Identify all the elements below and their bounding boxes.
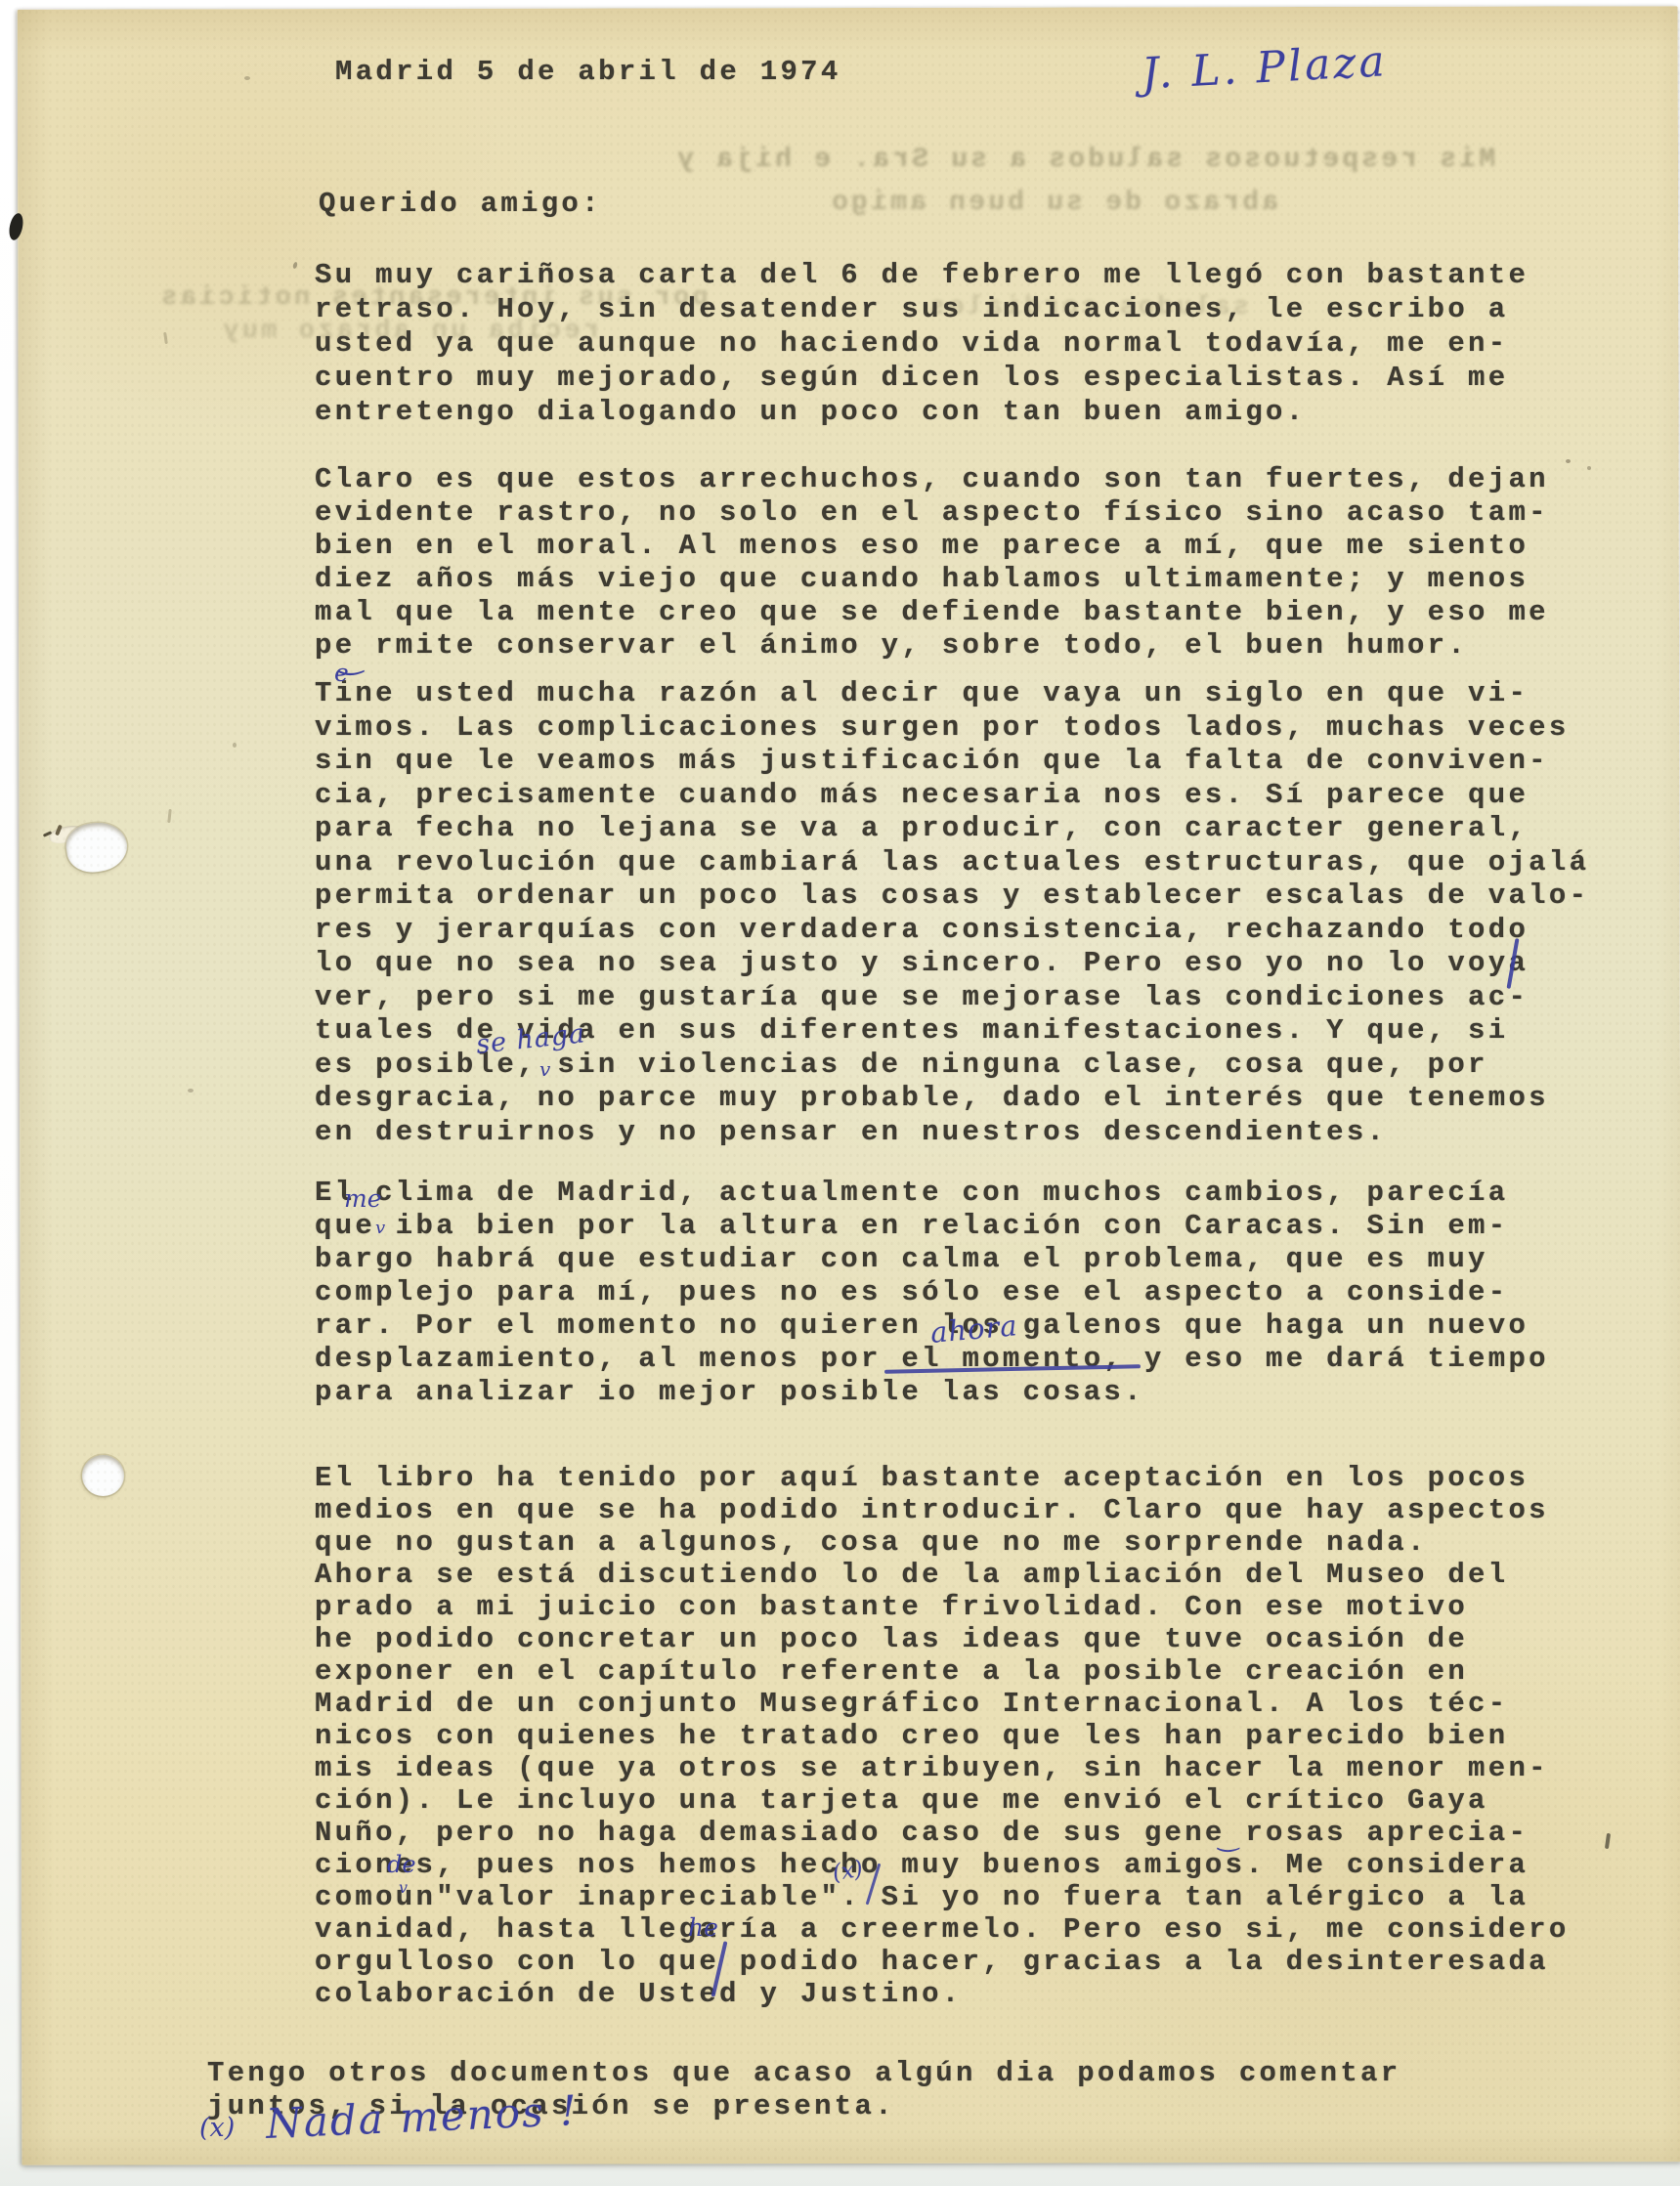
paragraph-4: El clima de Madrid, actualmente con much… bbox=[315, 1177, 1549, 1409]
insertion-caret: v bbox=[539, 1059, 550, 1079]
handwritten-signature: J. L. Plaza bbox=[1141, 40, 1389, 96]
insertion-caret: v bbox=[375, 1220, 385, 1237]
date-line: Madrid 5 de abril de 1974 bbox=[335, 55, 841, 89]
handwritten-insertion-me: me bbox=[344, 1186, 382, 1211]
salutation: Querido amigo: bbox=[319, 187, 602, 221]
handwritten-insertion-he: he bbox=[688, 1915, 718, 1940]
paragraph-3: Tine usted mucha razón al decir que vaya… bbox=[315, 677, 1589, 1149]
handwritten-join-mark: ‿ bbox=[340, 645, 364, 674]
paragraph-1: Su muy cariñosa carta del 6 de febrero m… bbox=[315, 258, 1529, 429]
handwritten-footnote-reference: (x) bbox=[831, 1859, 864, 1886]
scanned-letter-page: Mis respetuosos saludos a su Sra. e hija… bbox=[0, 0, 1680, 2186]
insertion-caret: v bbox=[399, 1880, 408, 1896]
paragraph-2: Claro es que estos arrechuchos, cuando s… bbox=[315, 463, 1549, 663]
handwritten-replacement-ahora: ahora bbox=[929, 1311, 1019, 1348]
handwritten-insertion-de: de bbox=[387, 1853, 416, 1876]
hole-punch-bottom bbox=[82, 1455, 124, 1496]
handwritten-join-mark: ‿ bbox=[1219, 1825, 1239, 1851]
paragraph-5: El libro ha tenido por aquí bastante ace… bbox=[315, 1462, 1570, 2010]
handwritten-footnote-marker: (x) bbox=[199, 2115, 235, 2141]
